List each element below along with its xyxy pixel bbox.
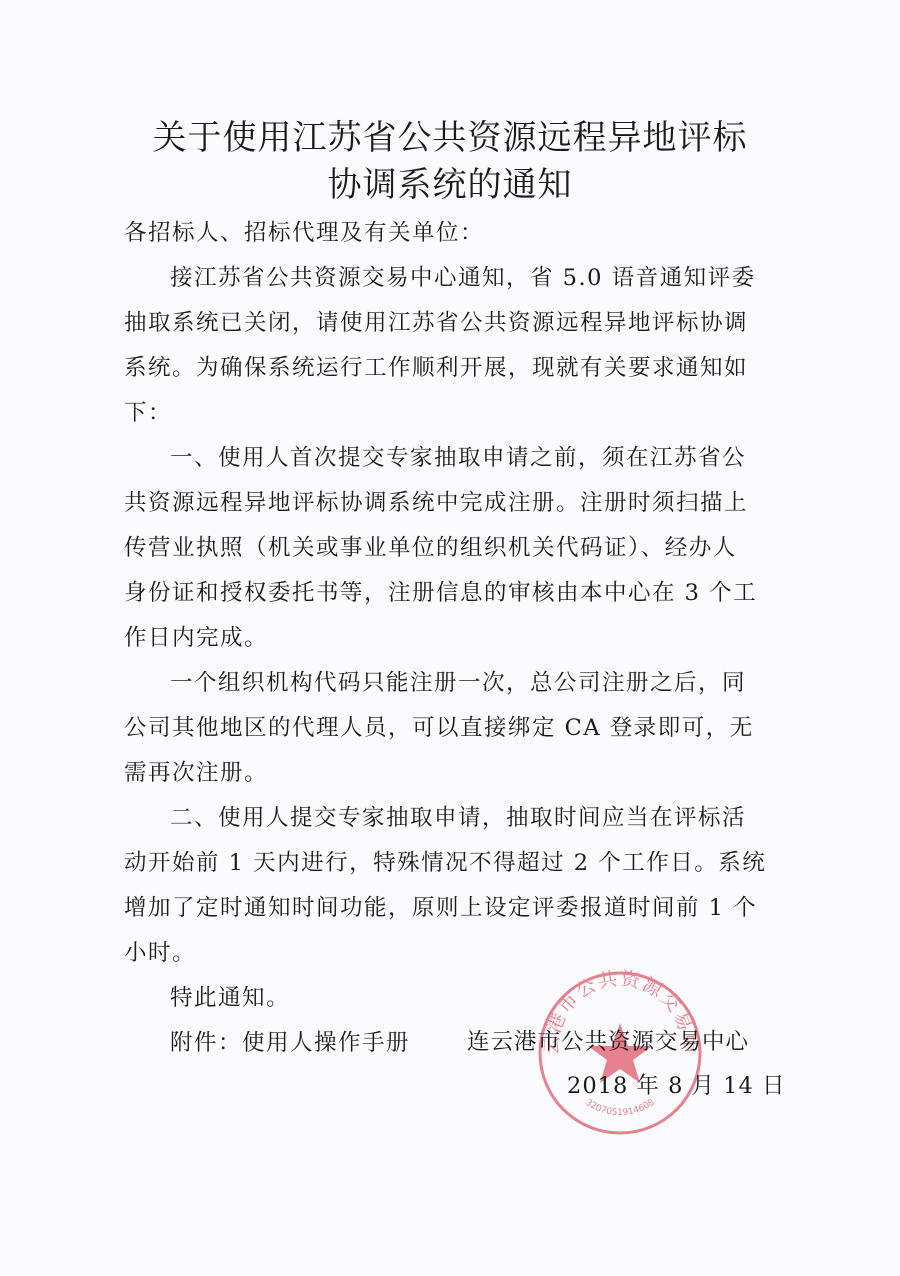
salutation: 各招标人、招标代理及有关单位： [124,218,484,248]
body-line: 动开始前 1 天内进行，特殊情况不得超过 2 个工作日。系统 [124,848,766,878]
title-line-1: 关于使用江苏省公共资源远程异地评标 [0,115,900,161]
body-line: 抽取系统已关闭，请使用江苏省公共资源远程异地评标协调 [124,308,748,338]
body-line: 传营业执照（机关或事业单位的组织机关代码证）、经办人 [124,533,737,563]
body-line: 作日内完成。 [124,623,268,653]
body-line: 一个组织机构代码只能注册一次，总公司注册之后，同 [170,668,746,698]
closing-line: 特此通知。 [170,983,290,1013]
attachment-line: 附件：使用人操作手册 [170,1028,410,1058]
body-line: 接江苏省公共资源交易中心通知，省 5.0 语音通知评委 [170,263,756,293]
body-line: 需再次注册。 [124,758,268,788]
signature-date: 2018 年 8 月 14 日 [567,1071,785,1101]
body-line: 下： [124,398,172,428]
body-line: 增加了定时通知时间功能，原则上设定评委报道时间前 1 个 [124,893,757,923]
body-line: 二、使用人提交专家抽取申请，抽取时间应当在评标活 [170,803,746,833]
title-line-2: 协调系统的通知 [0,162,900,208]
body-line: 共资源远程异地评标协调系统中完成注册。注册时须扫描上 [124,488,748,518]
signature-org: 连云港市公共资源交易中心 [467,1027,749,1057]
body-line: 一、使用人首次提交专家抽取申请之前，须在江苏省公 [170,443,746,473]
body-line: 身份证和授权委托书等，注册信息的审核由本中心在 3 个工 [124,578,757,608]
body-line: 小时。 [124,938,196,968]
body-line: 公司其他地区的代理人员，可以直接绑定 CA 登录即可，无 [124,713,754,743]
body-line: 系统。为确保系统运行工作顺利开展，现就有关要求通知如 [124,353,748,383]
